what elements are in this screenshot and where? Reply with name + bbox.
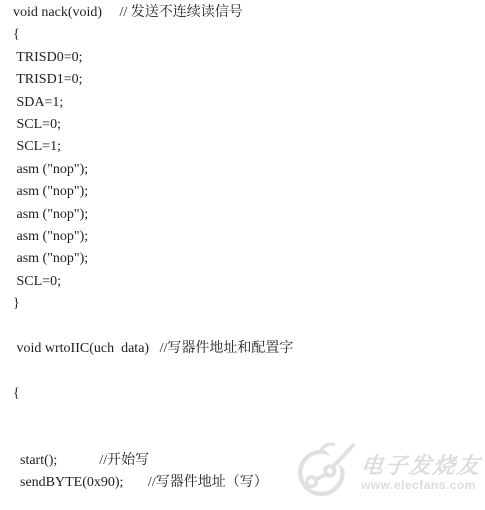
code-line: asm ("nop"); (13, 204, 485, 226)
code-line: } (13, 293, 485, 315)
code-block: void nack(void) // 发送不连续读信号{ TRISD0=0; T… (13, 2, 485, 495)
code-line: TRISD0=0; (13, 47, 485, 69)
code-line (13, 360, 485, 382)
watermark-brand-text: 电子发烧友 (360, 454, 483, 478)
code-line: SCL=0; (13, 271, 485, 293)
code-line: asm ("nop"); (13, 226, 485, 248)
code-line: { (13, 24, 485, 46)
code-line: asm ("nop"); (13, 181, 485, 203)
code-document-page: void nack(void) // 发送不连续读信号{ TRISD0=0; T… (0, 0, 485, 510)
code-line: TRISD1=0; (13, 69, 485, 91)
code-line (13, 405, 485, 427)
elecfans-watermark: 电子发烧友 www.elecfans.com (297, 441, 481, 504)
code-line: void wrtoIIC(uch data) //写器件地址和配置字 (13, 338, 485, 360)
code-line: asm ("nop"); (13, 248, 485, 270)
code-line (13, 315, 485, 337)
code-line: asm ("nop"); (13, 159, 485, 181)
code-line: SCL=1; (13, 136, 485, 158)
code-line: SDA=1; (13, 92, 485, 114)
code-line: { (13, 383, 485, 405)
elecfans-circuit-logo-icon (297, 441, 357, 504)
code-line: SCL=0; (13, 114, 485, 136)
watermark-url-text: www.elecfans.com (361, 478, 476, 492)
code-line: void nack(void) // 发送不连续读信号 (13, 2, 485, 24)
watermark-text: 电子发烧友 www.elecfans.com (361, 454, 481, 492)
